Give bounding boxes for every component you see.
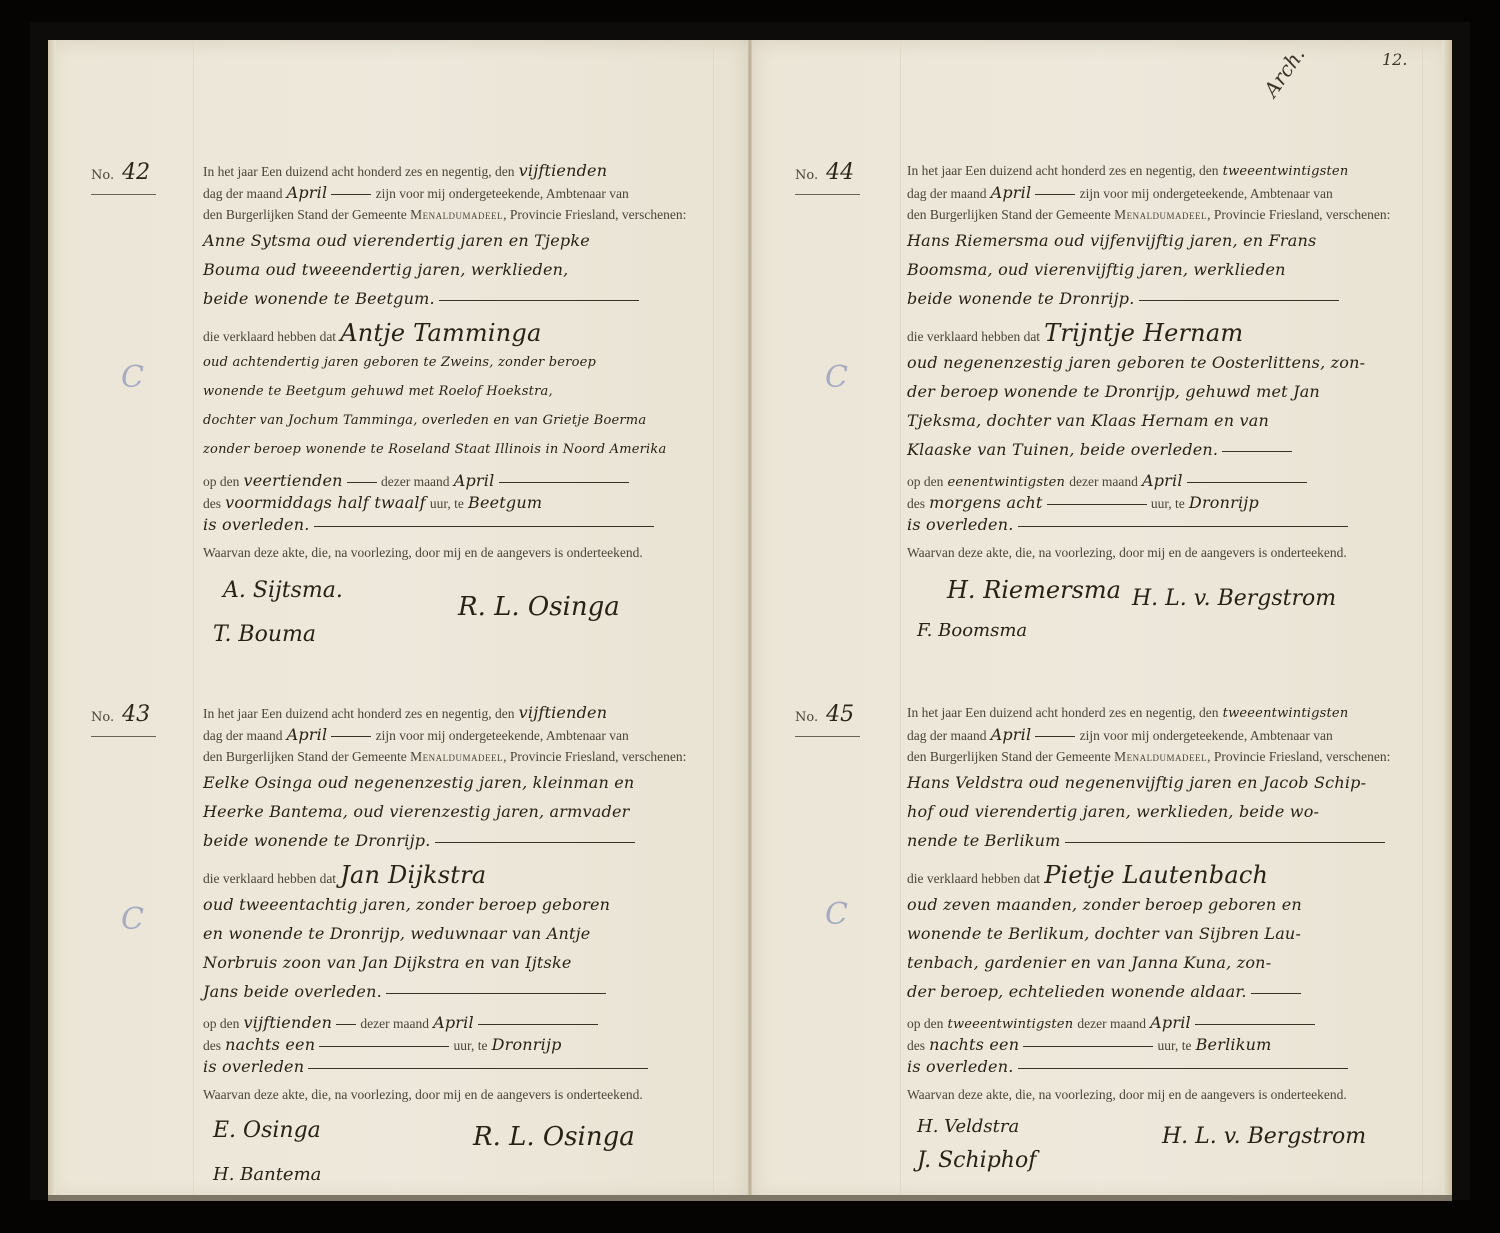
death-day: vijftienden — [244, 1013, 333, 1032]
details-line: oud achtendertig jaren geboren te Zweins… — [203, 355, 596, 370]
closing-formula: Waarvan deze akte, die, na voorlezing, d… — [907, 545, 1347, 560]
declarants-line: Heerke Bantema, oud vierenzestig jaren, … — [203, 802, 629, 821]
declarants-line: Boomsma, oud vierenvijftig jaren, werkli… — [907, 260, 1286, 279]
signature: E. Osinga — [213, 1118, 321, 1143]
divider — [795, 736, 860, 737]
page-number: 12. — [1382, 50, 1407, 69]
declarants-line: hof oud vierendertig jaren, werklieden, … — [907, 802, 1319, 821]
entry-number: No.45 — [795, 702, 854, 727]
page-bottom-edge — [48, 1195, 1452, 1201]
declarants-line: Hans Riemersma oud vijfenvijftig jaren, … — [907, 231, 1316, 250]
entry-43: No.43 C In het jaar Een duizend acht hon… — [203, 702, 743, 1214]
entry-42: No.42 C In het jaar Een duizend acht hon… — [203, 160, 743, 672]
declarants-line: Hans Veldstra oud negenenvijftig jaren e… — [907, 773, 1366, 792]
entry-44: No.44 C In het jaar Een duizend acht hon… — [907, 160, 1447, 672]
signature: H. Veldstra — [917, 1116, 1019, 1137]
details-line: oud tweeentachtig jaren, zonder beroep g… — [203, 895, 610, 914]
signature: H. Bantema — [213, 1164, 321, 1185]
details-line: Tjeksma, dochter van Klaas Hernam en van — [907, 411, 1269, 430]
entry-day: tweeentwintigsten — [1223, 164, 1349, 179]
details-line: oud negenenzestig jaren geboren te Ooste… — [907, 353, 1365, 372]
signatures: H. Riemersma F. Boomsma H. L. v. Bergstr… — [907, 572, 1447, 672]
signature-registrar: H. L. v. Bergstrom — [1162, 1124, 1366, 1149]
closing-formula: Waarvan deze akte, die, na voorlezing, d… — [203, 545, 643, 560]
death-day: veertienden — [244, 471, 343, 490]
declarants-line: beide wonende te Dronrijp. — [907, 289, 1134, 308]
death-time: nachts een — [929, 1035, 1019, 1054]
death-day: eenentwintigsten — [948, 475, 1066, 490]
divider — [91, 736, 156, 737]
death-time: voormiddags half twaalf — [225, 493, 426, 512]
entry-month: April — [991, 725, 1032, 744]
signatures: A. Sijtsma. T. Bouma R. L. Osinga — [203, 572, 743, 672]
death-month: April — [1150, 1013, 1191, 1032]
margin-rule — [193, 40, 194, 1200]
signature: T. Bouma — [213, 622, 316, 647]
death-place: Dronrijp — [492, 1035, 562, 1054]
details-line: Klaaske van Tuinen, beide overleden. — [907, 440, 1218, 459]
entry-number: No.43 — [91, 702, 150, 727]
closing-formula: Waarvan deze akte, die, na voorlezing, d… — [203, 1087, 643, 1102]
declarants-line: Anne Sytsma oud vierendertig jaren en Tj… — [203, 231, 590, 250]
details-line: oud zeven maanden, zonder beroep geboren… — [907, 895, 1302, 914]
archive-mark: Arch. — [1259, 43, 1310, 101]
margin-rule — [900, 40, 901, 1200]
entry-day: vijftienden — [519, 161, 608, 180]
declarants-line: Bouma oud tweeendertig jaren, werklieden… — [203, 260, 568, 279]
entry-45: No.45 C In het jaar Een duizend acht hon… — [907, 702, 1447, 1214]
divider — [795, 194, 860, 195]
closing-formula: Waarvan deze akte, die, na voorlezing, d… — [907, 1087, 1347, 1102]
details-line: wonende te Beetgum gehuwd met Roelof Hoe… — [203, 384, 553, 399]
declarants-line: nende te Berlikum — [907, 831, 1061, 850]
death-time: nachts een — [225, 1035, 315, 1054]
signature: A. Sijtsma. — [223, 578, 343, 603]
details-line: en wonende te Dronrijp, weduwnaar van An… — [203, 924, 590, 943]
entry-day: tweeentwintigsten — [1223, 706, 1349, 721]
margin-note: C — [825, 360, 848, 395]
entry-month: April — [287, 183, 328, 202]
details-line: wonende te Berlikum, dochter van Sijbren… — [907, 924, 1301, 943]
signature: H. Riemersma — [947, 576, 1121, 604]
entry-month: April — [287, 725, 328, 744]
death-time: morgens acht — [929, 493, 1042, 512]
deceased-name: Pietje Lautenbach — [1044, 861, 1268, 889]
declarants-line: Eelke Osinga oud negenenzestig jaren, kl… — [203, 773, 634, 792]
signature-registrar: R. L. Osinga — [458, 592, 620, 622]
details-line: tenbach, gardenier en van Janna Kuna, zo… — [907, 953, 1271, 972]
signature: J. Schiphof — [917, 1148, 1036, 1173]
death-month: April — [454, 471, 495, 490]
death-day: tweeentwintigsten — [948, 1017, 1074, 1032]
entry-number: No.42 — [91, 160, 150, 185]
entry-number: No.44 — [795, 160, 854, 185]
entry-day: vijftienden — [519, 703, 608, 722]
entry-month: April — [991, 183, 1032, 202]
death-month: April — [1142, 471, 1183, 490]
left-page: No.42 C In het jaar Een duizend acht hon… — [48, 40, 748, 1200]
details-line: der beroep wonende te Dronrijp, gehuwd m… — [907, 382, 1320, 401]
deceased-name: Antje Tamminga — [340, 319, 541, 347]
details-line: Norbruis zoon van Jan Dijkstra en van Ij… — [203, 953, 572, 972]
details-line: Jans beide overleden. — [203, 982, 382, 1001]
death-place: Berlikum — [1196, 1035, 1272, 1054]
margin-note: C — [825, 897, 848, 932]
signature: F. Boomsma — [917, 620, 1027, 641]
declarants-line: beide wonende te Beetgum. — [203, 289, 435, 308]
divider — [91, 194, 156, 195]
signature-registrar: H. L. v. Bergstrom — [1132, 586, 1336, 611]
details-line: der beroep, echtelieden wonende aldaar. — [907, 982, 1247, 1001]
deceased-name: Trijntje Hernam — [1044, 319, 1243, 347]
right-page: Arch. 12. No.44 C In het jaar Een duizen… — [752, 40, 1452, 1200]
death-place: Beetgum — [468, 493, 542, 512]
death-month: April — [433, 1013, 474, 1032]
margin-note: C — [121, 902, 144, 937]
deceased-name: Jan Dijkstra — [340, 861, 486, 889]
details-line: dochter van Jochum Tamminga, overleden e… — [203, 413, 646, 428]
signature-registrar: R. L. Osinga — [473, 1122, 635, 1152]
declarants-line: beide wonende te Dronrijp. — [203, 831, 430, 850]
details-line: zonder beroep wonende te Roseland Staat … — [203, 442, 666, 457]
death-place: Dronrijp — [1189, 493, 1259, 512]
margin-note: C — [121, 360, 144, 395]
